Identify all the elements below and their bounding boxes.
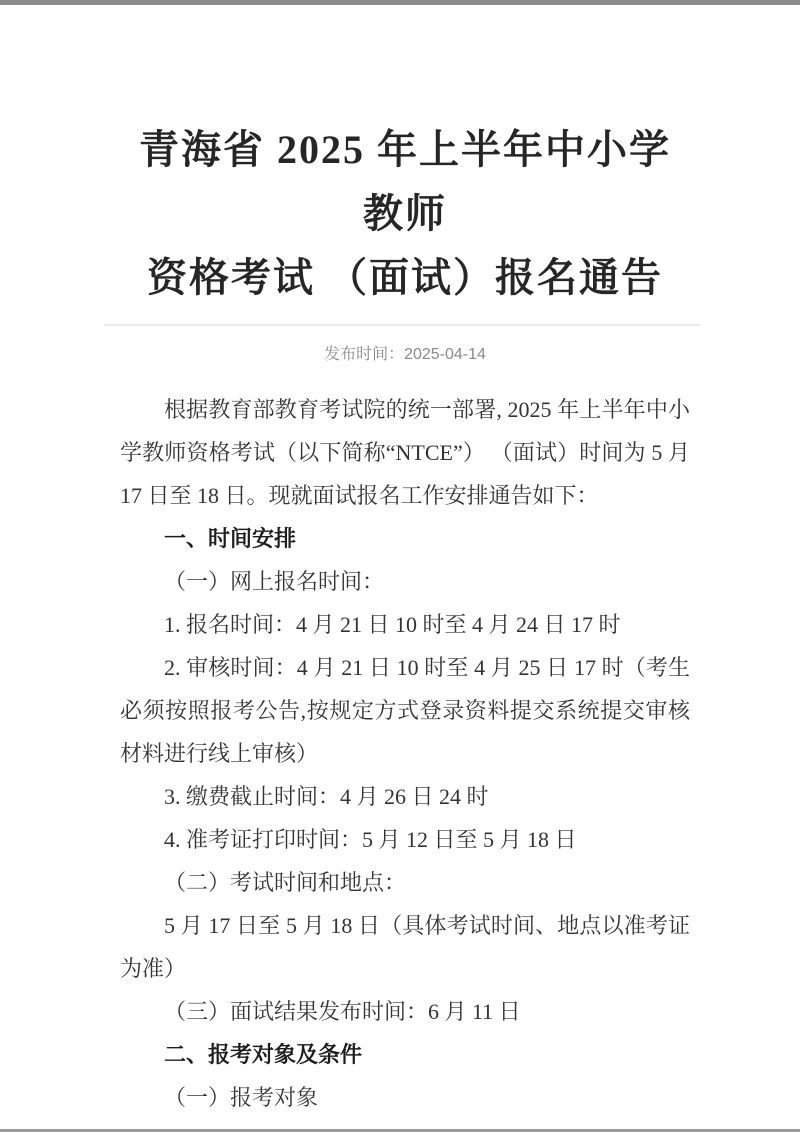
heading-section-1-time-arrangement: 一、时间安排 [120,517,690,560]
page-title-line-1: 青海省 2025 年上半年中小学教师 [120,118,690,246]
subheading-exam-time-location: （二）考试时间和地点： [120,861,690,904]
announcement-document: 青海省 2025 年上半年中小学教师 资格考试 （面试）报名通告 发布时间：20… [0,0,800,1119]
item-admission-ticket-print-time: 4. 准考证打印时间：5 月 12 日至 5 月 18 日 [120,818,690,861]
document-body: 根据教育部教育考试院的统一部署, 2025 年上半年中小学教师资格考试（以下简称… [120,388,690,1119]
item-registration-time: 1. 报名时间：4 月 21 日 10 时至 4 月 24 日 17 时 [120,603,690,646]
heading-section-2-applicants-conditions: 二、报考对象及条件 [120,1033,690,1076]
publish-date: 发布时间：2025-04-14 [120,345,690,365]
page-title: 青海省 2025 年上半年中小学教师 资格考试 （面试）报名通告 [120,0,690,310]
title-divider [104,324,700,326]
page-title-line-2: 资格考试 （面试）报名通告 [120,246,690,310]
paragraph-intro: 根据教育部教育考试院的统一部署, 2025 年上半年中小学教师资格考试（以下简称… [120,388,690,517]
top-border-bar [0,0,800,5]
document-page: { "page": { "top_bar_color": "#8b8b8b", … [0,0,800,1132]
subheading-result-release-time: （三）面试结果发布时间：6 月 11 日 [120,990,690,1033]
paragraph-exam-dates: 5 月 17 日至 5 月 18 日（具体考试时间、地点以准考证为准） [120,904,690,990]
item-review-time: 2. 审核时间：4 月 21 日 10 时至 4 月 25 日 17 时（考生必… [120,646,690,775]
item-payment-deadline: 3. 缴费截止时间：4 月 26 日 24 时 [120,775,690,818]
subheading-target-applicants: （一）报考对象 [120,1076,690,1119]
subheading-online-registration: （一）网上报名时间： [120,560,690,603]
